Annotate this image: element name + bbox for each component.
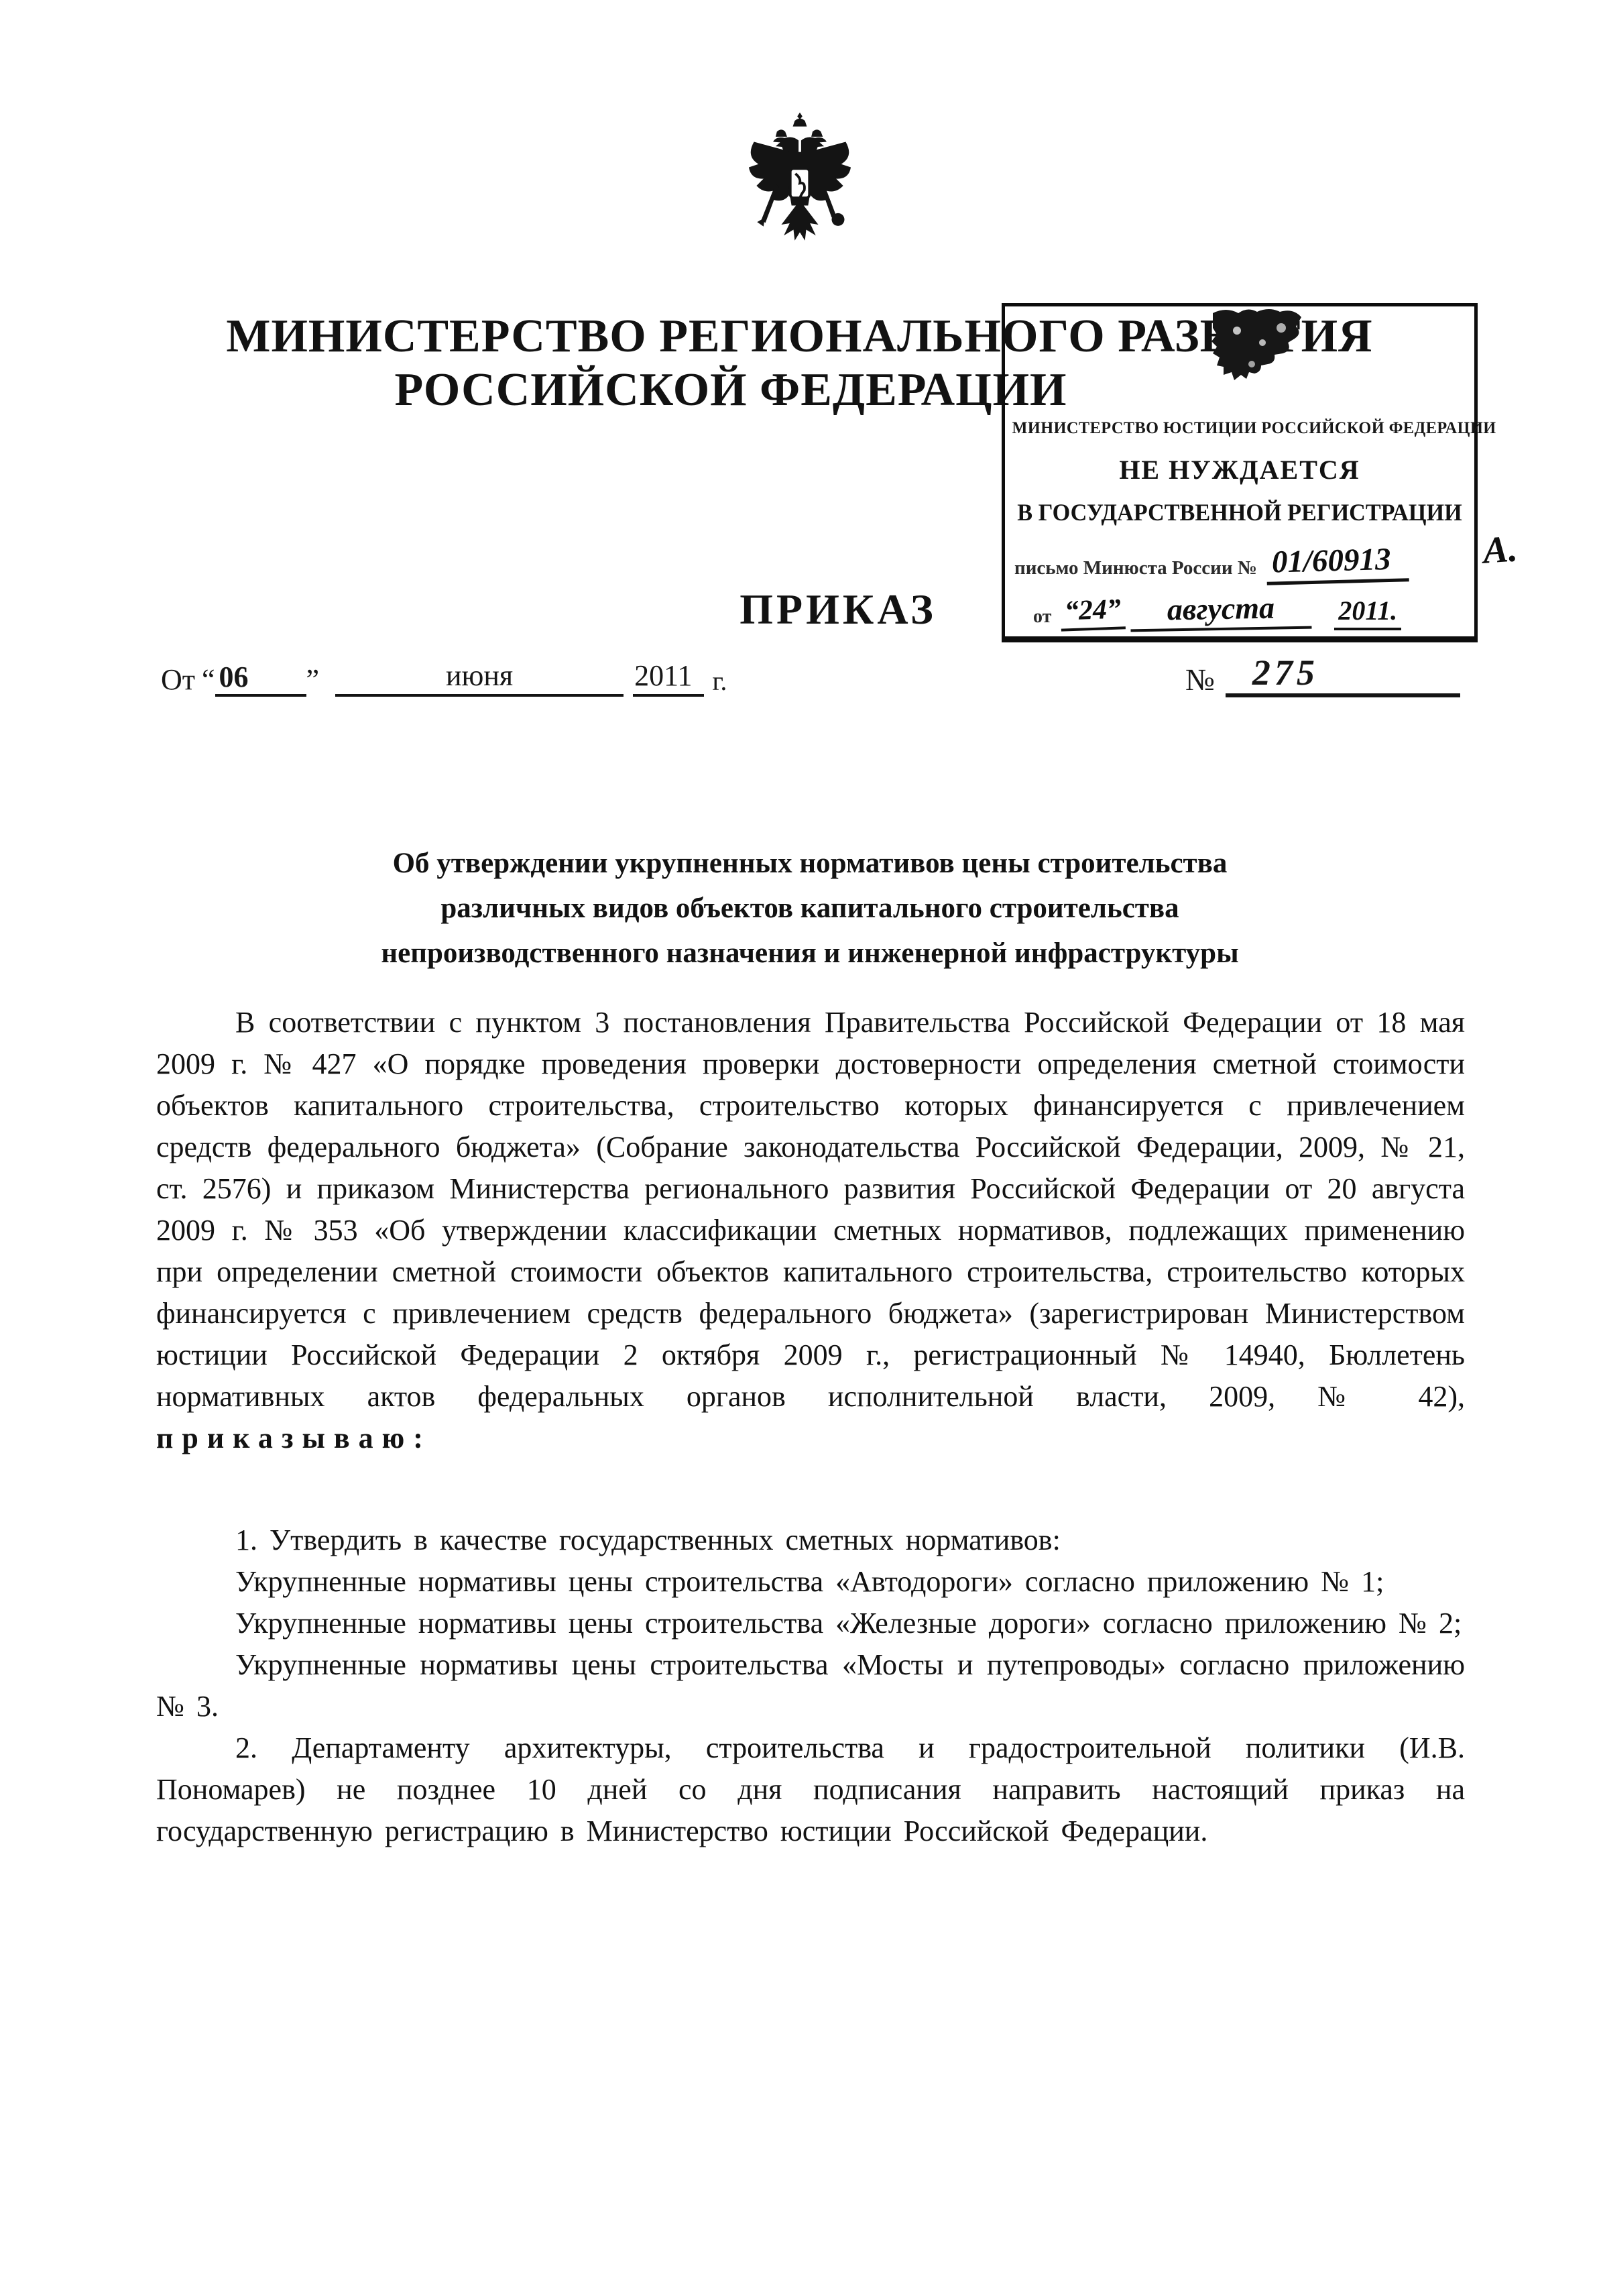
order-item: Укрупненные нормативы цены строительства… — [156, 1561, 1465, 1603]
stamp-authority: МИНИСТЕРСТВО ЮСТИЦИИ РОССИЙСКОЙ ФЕДЕРАЦИ… — [1012, 419, 1468, 438]
order-title: Об утверждении укрупненных нормативов це… — [146, 841, 1474, 976]
russia-coat-of-arms-icon — [736, 111, 864, 260]
document-page: МИНИСТЕРСТВО РЕГИОНАЛЬНОГО РАЗВИТИЯ РОСС… — [0, 0, 1599, 2296]
order-title-line: Об утверждении укрупненных нормативов це… — [146, 841, 1474, 886]
order-item: 2. Департаменту архитектуры, строительст… — [156, 1727, 1465, 1852]
order-body: В соответствии с пунктом 3 постановления… — [156, 1002, 1465, 1852]
order-number-line: № 275 — [1185, 652, 1460, 697]
order-date-line: От “06” июня 2011 г. — [161, 658, 727, 697]
margin-note: А. — [1482, 527, 1519, 572]
stamp-letter-line: письмо Минюста России № 01/60913 — [1014, 542, 1488, 579]
preamble-emphasis: приказываю: — [156, 1422, 432, 1454]
stamp-letter-label: письмо Минюста России № — [1014, 557, 1257, 579]
stamp-emblem-icon — [1198, 308, 1317, 392]
stamp-date-month: августа — [1130, 589, 1312, 632]
date-era: г. — [712, 665, 727, 697]
registration-stamp: МИНИСТЕРСТВО ЮСТИЦИИ РОССИЙСКОЙ ФЕДЕРАЦИ… — [1002, 303, 1478, 642]
stamp-letter-number: 01/60913 — [1266, 540, 1409, 585]
date-day: 06 — [215, 660, 306, 697]
stamp-date-year: 2011. — [1334, 595, 1401, 630]
order-item: Укрупненные нормативы цены строительства… — [156, 1644, 1465, 1727]
order-item: 1. Утвердить в качестве государственных … — [156, 1519, 1465, 1561]
date-open-quote: “ — [202, 663, 215, 697]
date-month: июня — [335, 658, 624, 697]
date-year: 2011 — [633, 658, 704, 697]
date-close-quote: ” — [306, 663, 320, 697]
stamp-date-prefix: от — [1033, 606, 1051, 628]
stamp-date-line: от “24” августа 2011. — [1033, 591, 1476, 628]
stamp-date-day: “24” — [1060, 593, 1126, 631]
stamp-status-line2: В ГОСУДАРСТВЕННОЙ РЕГИСТРАЦИИ — [1017, 498, 1463, 526]
preamble-text: В соответствии с пунктом 3 постановления… — [156, 1006, 1465, 1413]
order-title-line: различных видов объектов капитального ст… — [146, 886, 1474, 931]
preamble-paragraph: В соответствии с пунктом 3 постановления… — [156, 1002, 1465, 1459]
date-label: От — [161, 663, 195, 697]
stamp-status-line1: НЕ НУЖДАЕТСЯ — [1005, 454, 1474, 485]
order-item: Укрупненные нормативы цены строительства… — [156, 1603, 1465, 1644]
number-value: 275 — [1226, 652, 1460, 697]
number-label: № — [1185, 662, 1215, 697]
order-title-line: непроизводственного назначения и инженер… — [146, 931, 1474, 976]
